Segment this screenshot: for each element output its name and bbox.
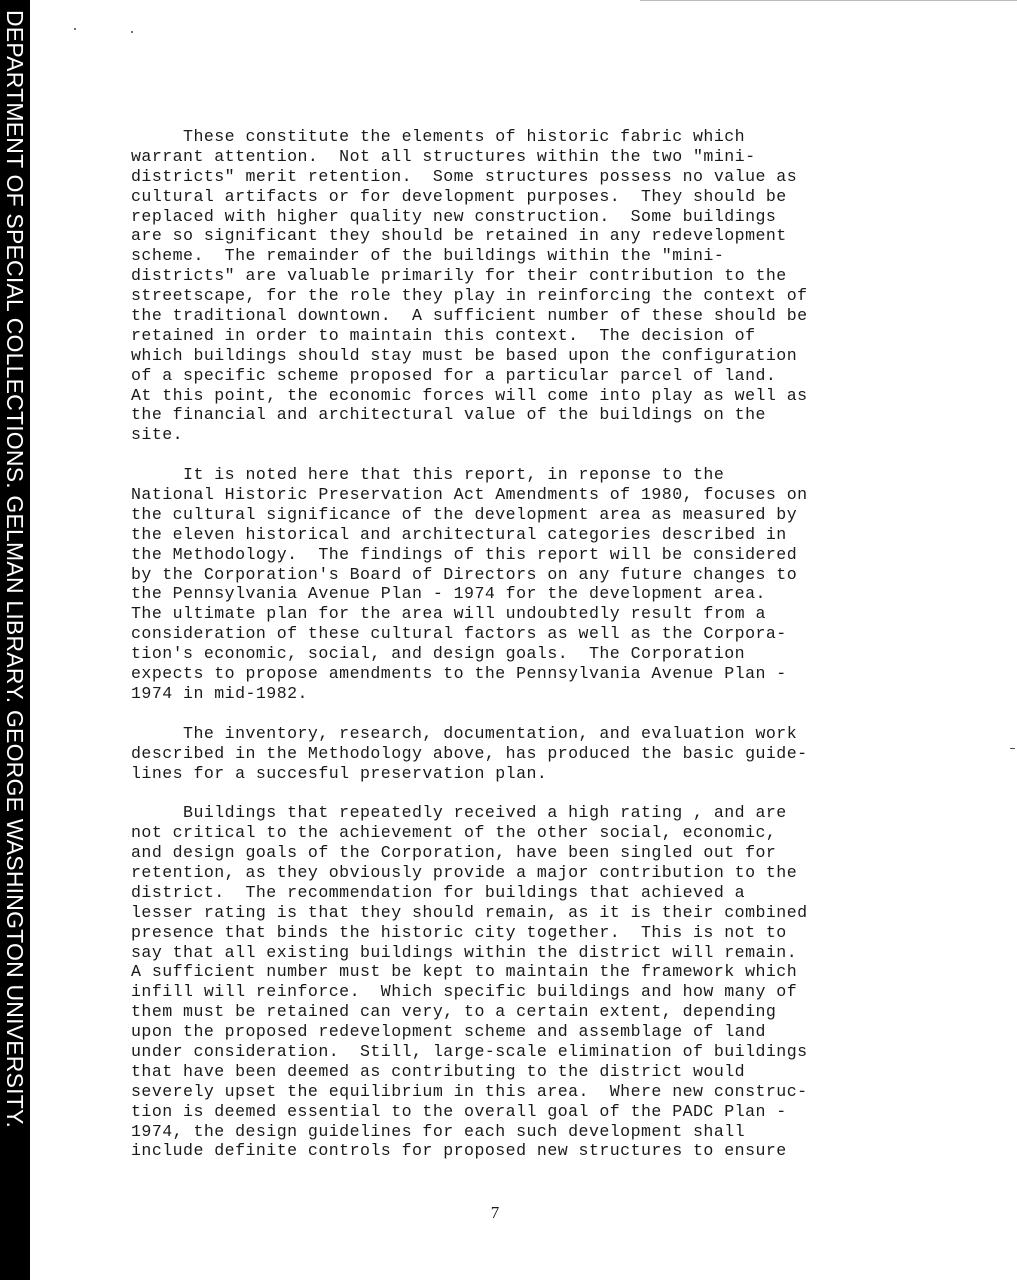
paragraph-report-scope: It is noted here that this report, in re… <box>131 465 931 704</box>
text-line: tion is deemed essential to the overall … <box>131 1102 931 1122</box>
text-line: 1974, the design guidelines for each suc… <box>131 1122 931 1142</box>
archive-sidebar: DEPARTMENT OF SPECIAL COLLECTIONS. GELMA… <box>0 0 30 1280</box>
document-body: These constitute the elements of histori… <box>131 127 931 1181</box>
text-line: presence that binds the historic city to… <box>131 923 931 943</box>
text-line: which buildings should stay must be base… <box>131 346 931 366</box>
text-line: infill will reinforce. Which specific bu… <box>131 982 931 1002</box>
text-line: upon the proposed redevelopment scheme a… <box>131 1022 931 1042</box>
text-line: site. <box>131 425 931 445</box>
text-line: retained in order to maintain this conte… <box>131 326 931 346</box>
text-line: These constitute the elements of histori… <box>131 127 931 147</box>
text-line: The inventory, research, documentation, … <box>131 724 931 744</box>
text-line: include definite controls for proposed n… <box>131 1141 931 1161</box>
paragraph-building-retention: Buildings that repeatedly received a hig… <box>131 803 931 1161</box>
text-line: the Methodology. The findings of this re… <box>131 545 931 565</box>
text-line: lesser rating is that they should remain… <box>131 903 931 923</box>
text-line: the traditional downtown. A sufficient n… <box>131 306 931 326</box>
text-line: the financial and architectural value of… <box>131 405 931 425</box>
scan-speck <box>1010 748 1015 749</box>
text-line: retention, as they obviously provide a m… <box>131 863 931 883</box>
text-line: lines for a succesful preservation plan. <box>131 764 931 784</box>
scan-speck <box>74 28 76 30</box>
text-line: described in the Methodology above, has … <box>131 744 931 764</box>
text-line: It is noted here that this report, in re… <box>131 465 931 485</box>
scan-speck <box>131 31 133 33</box>
page-number: 7 <box>480 1203 510 1223</box>
text-line: severely upset the equilibrium in this a… <box>131 1082 931 1102</box>
text-line: the eleven historical and architectural … <box>131 525 931 545</box>
scan-edge-rule <box>640 0 1017 1</box>
text-line: expects to propose amendments to the Pen… <box>131 664 931 684</box>
text-line: Buildings that repeatedly received a hig… <box>131 803 931 823</box>
text-line: scheme. The remainder of the buildings w… <box>131 246 931 266</box>
text-line: the Pennsylvania Avenue Plan - 1974 for … <box>131 584 931 604</box>
paragraph-historic-fabric: These constitute the elements of histori… <box>131 127 931 445</box>
text-line: not critical to the achievement of the o… <box>131 823 931 843</box>
text-line: National Historic Preservation Act Amend… <box>131 485 931 505</box>
text-line: that have been deemed as contributing to… <box>131 1062 931 1082</box>
text-line: The ultimate plan for the area will undo… <box>131 604 931 624</box>
text-line: warrant attention. Not all structures wi… <box>131 147 931 167</box>
text-line: under consideration. Still, large-scale … <box>131 1042 931 1062</box>
text-line: tion's economic, social, and design goal… <box>131 644 931 664</box>
text-line: of a specific scheme proposed for a part… <box>131 366 931 386</box>
text-line: are so significant they should be retain… <box>131 226 931 246</box>
text-line: At this point, the economic forces will … <box>131 386 931 406</box>
text-line: the cultural significance of the develop… <box>131 505 931 525</box>
paragraph-guidelines: The inventory, research, documentation, … <box>131 724 931 784</box>
text-line: by the Corporation's Board of Directors … <box>131 565 931 585</box>
text-line: 1974 in mid-1982. <box>131 684 931 704</box>
text-line: districts" are valuable primarily for th… <box>131 266 931 286</box>
text-line: A sufficient number must be kept to main… <box>131 962 931 982</box>
text-line: replaced with higher quality new constru… <box>131 207 931 227</box>
text-line: them must be retained can very, to a cer… <box>131 1002 931 1022</box>
text-line: district. The recommendation for buildin… <box>131 883 931 903</box>
archive-watermark: DEPARTMENT OF SPECIAL COLLECTIONS. GELMA… <box>0 0 30 1280</box>
text-line: say that all existing buildings within t… <box>131 943 931 963</box>
text-line: streetscape, for the role they play in r… <box>131 286 931 306</box>
text-line: and design goals of the Corporation, hav… <box>131 843 931 863</box>
text-line: consideration of these cultural factors … <box>131 624 931 644</box>
text-line: districts" merit retention. Some structu… <box>131 167 931 187</box>
text-line: cultural artifacts or for development pu… <box>131 187 931 207</box>
